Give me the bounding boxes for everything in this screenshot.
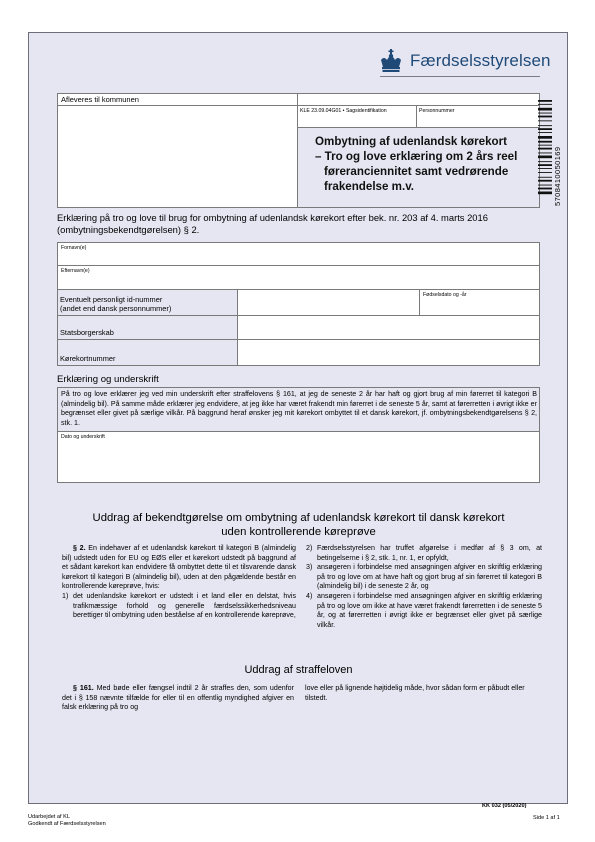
prepared-by: Udarbejdet af KL (28, 814, 106, 821)
royal-crown-icon (378, 48, 404, 74)
signature-label: Dato og underskrift (58, 432, 539, 443)
personal-id-field[interactable] (239, 290, 419, 315)
personal-id-row: Eventuelt personligt id-nummer(andet end… (58, 290, 539, 316)
cpr-label: Personnummer (419, 108, 454, 114)
svg-text:5708410050169: 5708410050169 (553, 147, 562, 206)
approved-by: Godkendt af Færdselsstyrelsen (28, 821, 106, 828)
declaration-box: På tro og love erklærer jeg ved min unde… (57, 387, 540, 483)
footer-credits: Udarbejdet af KL Godkendt af Færdselssty… (28, 814, 106, 828)
extract-column-right: 2)Færdselsstyrelsen har truffet afgørels… (306, 544, 542, 630)
logo-underline (380, 76, 540, 77)
last-name-label: Efternavn(e) (58, 266, 539, 277)
license-number-label: Kørekortnummer (58, 340, 238, 365)
first-name-label: Fornavn(e) (58, 243, 539, 254)
citizenship-label: Statsborgerskab (58, 316, 238, 339)
extract-item-2: 2)Færdselsstyrelsen har truffet afgørels… (306, 544, 542, 563)
header-box: Afleveres til kommunen KLE 23.09.04G01 •… (57, 93, 540, 208)
form-title: Ombytning af udenlandsk kørekort – Tro o… (315, 134, 517, 194)
case-ident-section: KLE 23.09.04G01 • Sagsidentifikation Per… (298, 94, 539, 207)
barcode: 5708410050169 (538, 98, 562, 208)
license-number-field[interactable] (239, 340, 539, 365)
deliver-to-section: Afleveres til kommunen (58, 94, 298, 207)
personal-info-table: Eventuelt personligt id-nummer(andet end… (57, 290, 540, 366)
declaration-text: På tro og love erklærer jeg ved min unde… (58, 388, 539, 432)
license-number-row: Kørekortnummer (58, 340, 539, 365)
last-name-field[interactable]: Efternavn(e) (58, 266, 539, 289)
name-fields: Fornavn(e) Efternavn(e) (57, 242, 540, 290)
ident-row: KLE 23.09.04G01 • Sagsidentifikation Per… (298, 105, 539, 128)
extract-item-1: 1)det udenlandske kørekort er udstedt i … (62, 592, 296, 621)
form-code: KK 032 (05/2020) (482, 803, 526, 809)
cpr-field[interactable]: Personnummer (417, 106, 456, 127)
penal-text-right: love eller på lignende højtidelig måde, … (305, 684, 541, 703)
page-number: Side 1 af 1 (533, 815, 560, 821)
extract-column-left: § 2. En indehaver af et udenlandsk kørek… (62, 544, 296, 621)
signature-field[interactable]: Dato og underskrift (58, 432, 539, 482)
personal-id-label: Eventuelt personligt id-nummer(andet end… (58, 290, 238, 315)
intro-text: Erklæring på tro og love til brug for om… (57, 212, 547, 236)
extract-paragraph: § 2. En indehaver af et udenlandsk kørek… (62, 544, 296, 592)
extract-item-4: 4)ansøgeren i forbindelse med ansøgninge… (306, 592, 542, 630)
first-name-field[interactable]: Fornavn(e) (58, 243, 539, 266)
deliver-to-label: Afleveres til kommunen (58, 94, 297, 106)
kle-field[interactable]: KLE 23.09.04G01 • Sagsidentifikation (298, 106, 417, 127)
brand-name: Færdselsstyrelsen (410, 51, 551, 71)
declaration-heading: Erklæring og underskrift (57, 374, 159, 385)
penal-text-left: § 161. Med bøde eller fængsel indtil 2 å… (62, 684, 294, 713)
penal-title: Uddrag af straffeloven (57, 664, 540, 676)
brand-logo: Færdselsstyrelsen (378, 44, 551, 78)
citizenship-row: Statsborgerskab (58, 316, 539, 340)
birth-date-field[interactable]: Fødselsdato og -år (419, 290, 539, 315)
deliver-to-field[interactable] (58, 106, 297, 206)
citizenship-field[interactable] (239, 316, 539, 339)
birth-date-label: Fødselsdato og -år (420, 290, 539, 301)
kle-label: KLE 23.09.04G01 • Sagsidentifikation (300, 108, 387, 114)
extract-item-3: 3)ansøgeren i forbindelse med ansøgninge… (306, 563, 542, 592)
form-title-box: Ombytning af udenlandsk kørekort – Tro o… (298, 128, 539, 207)
extract-title: Uddrag af bekendtgørelse om ombytning af… (57, 511, 540, 539)
